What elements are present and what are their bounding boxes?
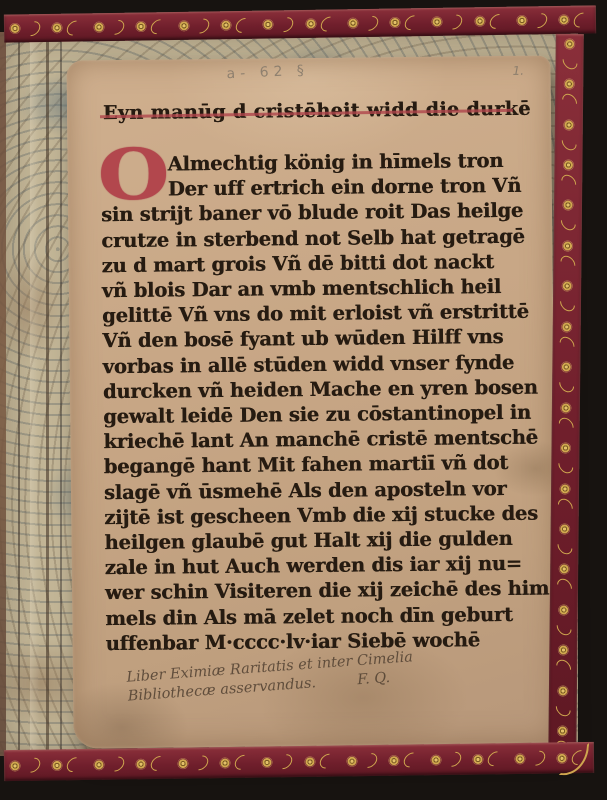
gilt-ornament [473, 14, 508, 28]
rosette-icon [564, 79, 574, 89]
rosette-icon [347, 756, 357, 766]
gilt-ornament [560, 120, 577, 151]
vine-scroll-icon [360, 12, 381, 33]
rosette-icon [179, 21, 189, 31]
gutter-crease [18, 32, 20, 756]
gilt-ornament [430, 15, 465, 29]
rosette-icon [136, 759, 146, 769]
gilt-ornament [556, 483, 573, 514]
rosette-icon [515, 753, 525, 763]
gilt-ornament [558, 362, 575, 393]
photograph-background: a- 62 § 1. Eyn manūg d cristēheit widd d… [0, 0, 607, 800]
rosette-icon [562, 322, 572, 332]
vine-scroll-icon [557, 293, 578, 314]
vine-scroll-icon [358, 750, 379, 771]
vine-scroll-icon [559, 51, 580, 72]
rosette-icon [10, 760, 20, 770]
gilt-ornament [557, 13, 592, 27]
gilt-ornament [555, 564, 572, 595]
gilt-ornament [92, 757, 127, 770]
vine-scroll-icon [148, 16, 169, 37]
rosette-icon [563, 200, 573, 210]
vine-scroll-icon [233, 14, 254, 35]
gilt-ornament [558, 281, 575, 312]
gilt-ornament [176, 756, 211, 769]
pencil-page-number: 1. [512, 64, 524, 78]
rosette-icon [94, 759, 104, 769]
vine-scroll-icon [559, 91, 580, 112]
gilt-ornament [218, 756, 253, 769]
gilt-ornament [555, 605, 572, 636]
rosette-icon [220, 757, 230, 767]
rosette-icon [563, 160, 573, 170]
vine-scroll-icon [316, 751, 337, 772]
vine-scroll-icon [552, 698, 573, 719]
gilt-ornament [559, 200, 576, 231]
gilt-ornament [50, 758, 85, 771]
vine-scroll-icon [556, 374, 577, 395]
vine-scroll-icon [443, 749, 464, 770]
rosette-icon [475, 16, 485, 26]
text-line: Vñ den bosē fyant ub wūden Hilff vns [102, 324, 522, 354]
gilt-ornament [8, 759, 43, 772]
gilt-ornament [471, 752, 506, 765]
vine-scroll-icon [527, 748, 548, 769]
rosette-icon [557, 726, 567, 736]
vine-scroll-icon [571, 9, 592, 30]
title-line: Eyn manūg d cristēheit widd die durkē [103, 98, 515, 124]
gilt-ornament [177, 19, 212, 33]
text-line: begangē hant Mit fahen martiī vñ dot [104, 450, 524, 480]
gilt-ornament [559, 241, 576, 272]
rosette-icon [221, 20, 231, 30]
rosette-icon [563, 241, 573, 251]
gilt-ornament [558, 322, 575, 353]
vine-scroll-icon [557, 212, 578, 233]
handwritten-note: Liber Eximiæ Raritatis et inter Cimelia … [126, 648, 415, 706]
gilt-ornament [555, 645, 572, 676]
gilt-ornament [557, 403, 574, 434]
rosette-icon [432, 17, 442, 27]
vine-scroll-icon [558, 131, 579, 152]
gilt-ornament [557, 443, 574, 474]
gilt-ornament [346, 16, 381, 30]
rosette-icon [306, 19, 316, 29]
gilt-ornament [304, 17, 339, 31]
text-line: wer schin Visiteren die xij zeichē des h… [105, 576, 525, 606]
vine-scroll-icon [557, 253, 578, 274]
rosette-icon [348, 18, 358, 28]
gilt-ornament [134, 20, 169, 34]
vine-scroll-icon [275, 14, 296, 35]
rosette-icon [561, 362, 571, 372]
gutter-fold-highlight [30, 32, 40, 756]
vine-scroll-icon [558, 172, 579, 193]
rosette-icon [10, 23, 20, 33]
vine-scroll-icon [21, 755, 42, 776]
text-line: uffenbar M·cccc·lv·iar Siebē wochē [105, 627, 525, 657]
vine-scroll-icon [191, 15, 212, 36]
vine-scroll-icon [402, 12, 423, 33]
vine-scroll-icon [401, 749, 422, 770]
rosette-icon [558, 686, 568, 696]
rosette-icon [560, 443, 570, 453]
vine-scroll-icon [190, 752, 211, 773]
vine-scroll-icon [554, 576, 575, 597]
rosette-icon [94, 22, 104, 32]
gilt-ornament [387, 753, 422, 766]
rosette-icon [304, 756, 314, 766]
gilt-ornament [556, 524, 573, 555]
gilt-ornament [561, 39, 578, 70]
rosette-icon [561, 403, 571, 413]
vine-scroll-icon [317, 13, 338, 34]
rosette-icon [560, 524, 570, 534]
gilt-ornament [554, 686, 571, 717]
gutter-crease [60, 32, 62, 756]
rosette-icon [560, 483, 570, 493]
vine-scroll-icon [106, 754, 127, 775]
gilt-ornament [50, 21, 85, 35]
rosette-icon [178, 758, 188, 768]
gilt-ornament [8, 22, 43, 36]
rosette-icon [263, 19, 273, 29]
pencil-shelfmark: a- 62 § [226, 63, 309, 83]
gilt-ornament [219, 18, 254, 32]
gilt-ornament [515, 14, 550, 28]
rosette-icon [389, 755, 399, 765]
vine-scroll-icon [21, 18, 42, 39]
gilt-ornament [429, 753, 464, 766]
rosette-icon [390, 17, 400, 27]
rosette-icon [517, 15, 527, 25]
spine-edge [0, 32, 6, 756]
gilt-ornament [302, 754, 337, 767]
rosette-icon [52, 760, 62, 770]
gilt-ornament [92, 20, 127, 34]
text-block: O Almechtig könig in hīmels tronDer uff … [100, 148, 525, 656]
red-lombard-initial: O [97, 142, 170, 207]
vine-scroll-icon [553, 617, 574, 638]
rosette-icon [558, 645, 568, 655]
vine-scroll-icon [274, 751, 295, 772]
gilt-ornament [560, 160, 577, 191]
gilt-ornament [561, 79, 578, 110]
rosette-icon [559, 15, 569, 25]
rosette-icon [136, 21, 146, 31]
rosette-icon [559, 605, 569, 615]
vine-scroll-icon [556, 334, 577, 355]
rosette-icon [565, 39, 575, 49]
vine-scroll-icon [232, 752, 253, 773]
gilt-ornament [134, 757, 169, 770]
rosette-icon [262, 757, 272, 767]
vine-scroll-icon [555, 414, 576, 435]
vine-scroll-icon [555, 455, 576, 476]
vine-scroll-icon [554, 495, 575, 516]
vine-scroll-icon [64, 17, 85, 38]
gutter-crease [46, 32, 49, 756]
gilt-ornament [260, 755, 295, 768]
gilt-ornament [261, 18, 296, 32]
rosette-icon [564, 120, 574, 130]
vine-scroll-icon [553, 657, 574, 678]
vine-scroll-icon [444, 11, 465, 32]
rosette-icon [52, 23, 62, 33]
rosette-icon [431, 755, 441, 765]
rosette-icon [473, 754, 483, 764]
vine-scroll-icon [554, 536, 575, 557]
gilt-ornament [513, 752, 548, 765]
vine-scroll-icon [485, 748, 506, 769]
gilt-ornament [345, 754, 380, 767]
manuscript-page: a- 62 § 1. Eyn manūg d cristēheit widd d… [66, 55, 557, 748]
rosette-icon [559, 564, 569, 574]
vine-scroll-icon [148, 753, 169, 774]
vine-scroll-icon [529, 10, 550, 31]
vine-scroll-icon [64, 754, 85, 775]
rosette-icon [562, 281, 572, 291]
vine-scroll-icon [487, 10, 508, 31]
gilt-ornament [388, 16, 423, 30]
vine-scroll-icon [106, 16, 127, 37]
